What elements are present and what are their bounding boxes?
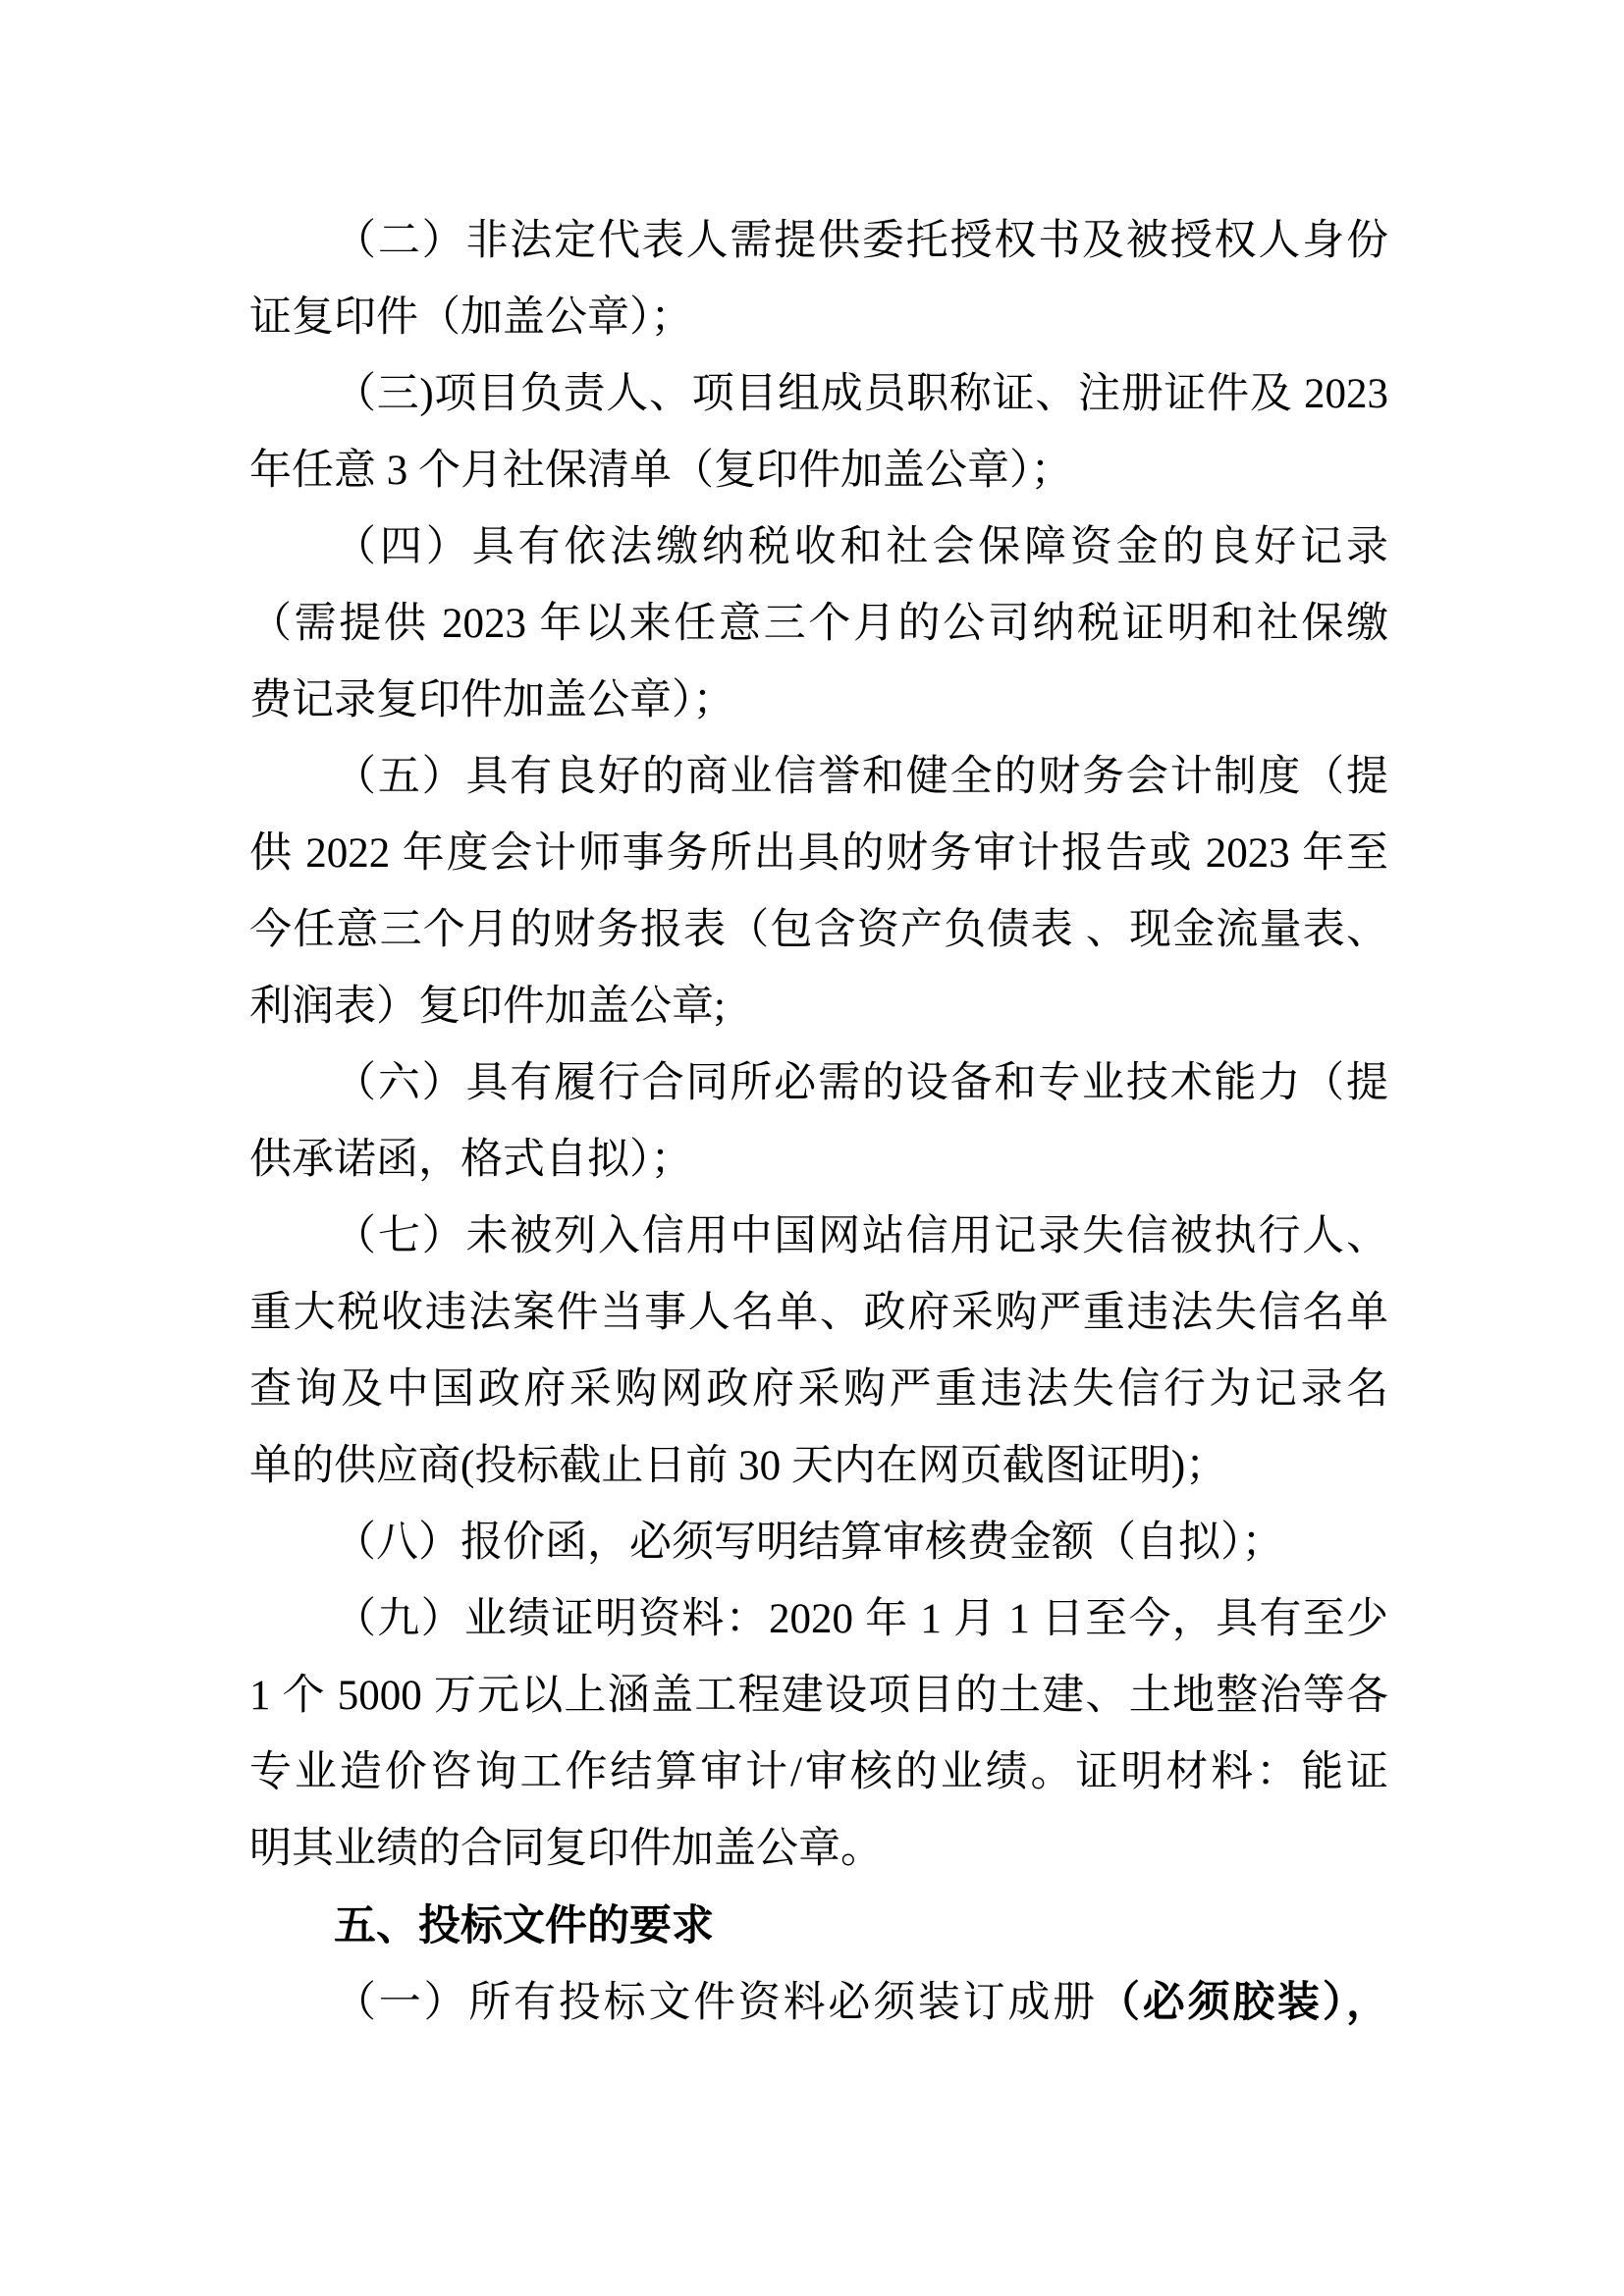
clause-5-1: （一）所有投标文件资料必须装订成册（必须胶装）， (249, 1964, 1388, 2041)
text-line: 今任意三个月的财务报表（包含资产负债表 、现金流量表、 (249, 892, 1388, 969)
text-segment: （一）所有投标文件资料必须装订成册 (334, 1980, 1098, 2026)
text-line: （七）未被列入信用中国网站信用记录失信被执行人、 (249, 1199, 1388, 1275)
text-line: （八）报价函，必须写明结算审核费金额（自拟）； (249, 1505, 1388, 1581)
clause-2: （二）非法定代表人需提供委托授权书及被授权人身份证复印件（加盖公章）； (249, 203, 1388, 356)
clause-7: （七）未被列入信用中国网站信用记录失信被执行人、重大税收违法案件当事人名单、政府… (249, 1199, 1388, 1505)
text-line: （九）业绩证明资料：2020 年 1 月 1 日至今，具有至少 (249, 1581, 1388, 1658)
text-line: 证复印件（加盖公章）； (249, 280, 1388, 356)
text-line: 费记录复印件加盖公章）； (249, 663, 1388, 739)
clause-8: （八）报价函，必须写明结算审核费金额（自拟）； (249, 1505, 1388, 1581)
text-line: 明其业绩的合同复印件加盖公章。 (249, 1811, 1388, 1888)
text-line: （四）具有依法缴纳税收和社会保障资金的良好记录 (249, 509, 1388, 586)
section-heading-line: 五、投标文件的要求 (249, 1888, 1388, 1964)
text-line: 利润表）复印件加盖公章; (249, 969, 1388, 1045)
text-line: （六）具有履行合同所必需的设备和专业技术能力（提 (249, 1045, 1388, 1122)
clause-5: （五）具有良好的商业信誉和健全的财务会计制度（提供 2022 年度会计师事务所出… (249, 739, 1388, 1045)
section-5-heading: 五、投标文件的要求 (249, 1888, 1388, 1964)
text-line: 单的供应商(投标截止日前 30 天内在网页截图证明)； (249, 1428, 1388, 1505)
clause-4: （四）具有依法缴纳税收和社会保障资金的良好记录（需提供 2023 年以来任意三个… (249, 509, 1388, 739)
clause-6: （六）具有履行合同所必需的设备和专业技术能力（提供承诺函，格式自拟）； (249, 1045, 1388, 1199)
document-text-block: （二）非法定代表人需提供委托授权书及被授权人身份证复印件（加盖公章）；（三)项目… (249, 203, 1388, 2041)
clause-3: （三)项目负责人、项目组成员职称证、注册证件及 2023年任意 3 个月社保清单… (249, 356, 1388, 509)
text-line: 重大税收违法案件当事人名单、政府采购严重违法失信名单 (249, 1275, 1388, 1352)
text-line: 1 个 5000 万元以上涵盖工程建设项目的土建、土地整治等各 (249, 1658, 1388, 1735)
text-line: （二）非法定代表人需提供委托授权书及被授权人身份 (249, 203, 1388, 280)
text-line: （需提供 2023 年以来任意三个月的公司纳税证明和社保缴 (249, 586, 1388, 663)
text-line: 查询及中国政府采购网政府采购严重违法失信行为记录名 (249, 1352, 1388, 1428)
clause-9: （九）业绩证明资料：2020 年 1 月 1 日至今，具有至少1 个 5000 … (249, 1581, 1388, 1888)
text-line: 专业造价咨询工作结算审计/审核的业绩。证明材料：能证 (249, 1735, 1388, 1811)
text-line: 供 2022 年度会计师事务所出具的财务审计报告或 2023 年至 (249, 816, 1388, 892)
document-page: （二）非法定代表人需提供委托授权书及被授权人身份证复印件（加盖公章）；（三)项目… (0, 0, 1624, 2296)
text-line: 供承诺函，格式自拟）； (249, 1122, 1388, 1199)
bold-text-segment: （必须胶装）， (1098, 1979, 1388, 2026)
text-line: （三)项目负责人、项目组成员职称证、注册证件及 2023 (249, 356, 1388, 433)
text-line: （五）具有良好的商业信誉和健全的财务会计制度（提 (249, 739, 1388, 816)
text-line: 年任意 3 个月社保清单（复印件加盖公章）； (249, 433, 1388, 509)
text-line: （一）所有投标文件资料必须装订成册（必须胶装）， (249, 1964, 1388, 2041)
